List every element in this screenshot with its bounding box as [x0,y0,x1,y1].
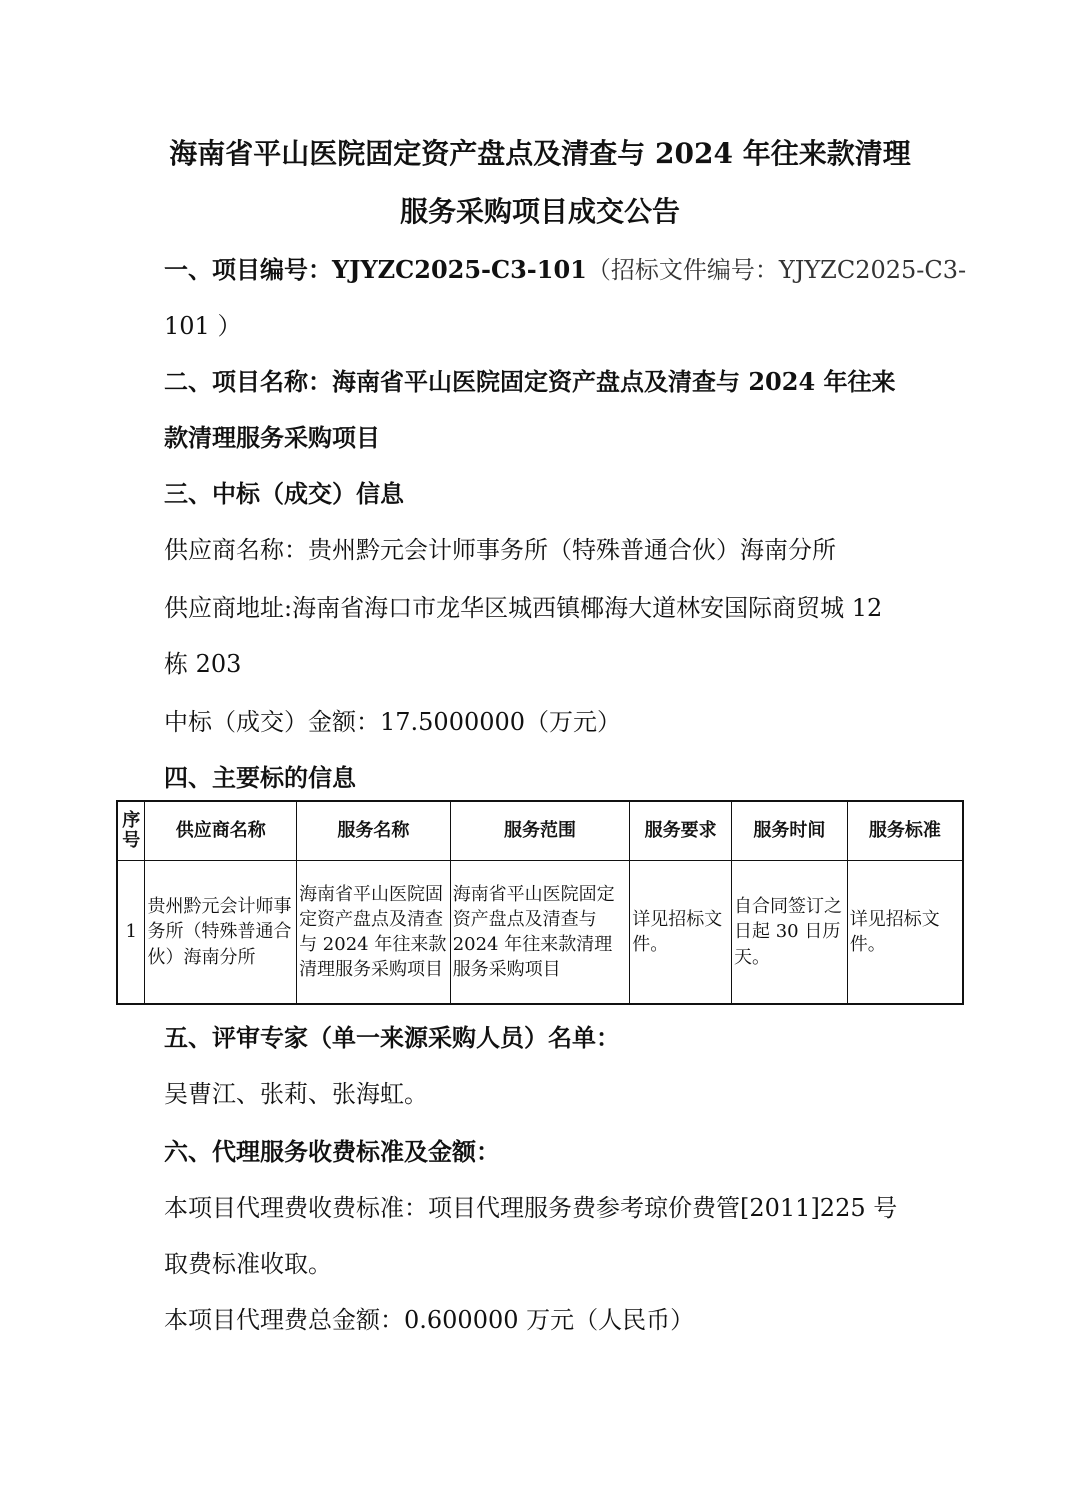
header-index: 序号 [117,801,145,861]
tender-doc-number-cont: 101 ） [164,306,241,341]
project-name-heading-2: 款清理服务采购项目 [164,418,380,453]
header-service-time: 服务时间 [732,801,848,861]
cell-service-scope: 海南省平山医院固定资产盘点及清查与 2024 年往来款清理服务采购项目 [450,861,630,1005]
project-name-heading-1: 二、项目名称：海南省平山医院固定资产盘点及清查与 2024 年往来 [164,362,896,397]
title-line-1: 海南省平山医院固定资产盘点及清查与 2024 年往来款清理 [110,132,970,172]
title-line-2: 服务采购项目成交公告 [110,190,970,230]
header-service-name: 服务名称 [297,801,451,861]
agency-fee-standard-2: 取费标准收取。 [164,1244,332,1279]
table-header-row: 序号 供应商名称 服务名称 服务范围 服务要求 服务时间 服务标准 [117,801,963,861]
header-service-standard: 服务标准 [847,801,963,861]
subject-info-heading: 四、主要标的信息 [164,758,356,793]
agency-fee-standard-1: 本项目代理费收费标准：项目代理服务费参考琼价费管[2011]225 号 [164,1188,897,1223]
cell-supplier: 贵州黔元会计师事务所（特殊普通合伙）海南分所 [145,861,297,1005]
award-amount: 中标（成交）金额：17.5000000（万元） [164,702,621,737]
supplier-name: 供应商名称：贵州黔元会计师事务所（特殊普通合伙）海南分所 [164,530,836,565]
header-service-scope: 服务范围 [450,801,630,861]
tender-doc-number: （招标文件编号：YJYZC2025-C3- [587,256,966,284]
agency-fee-heading: 六、代理服务收费标准及金额： [164,1132,500,1167]
project-number-line: 一、项目编号：YJYZC2025-C3-101（招标文件编号：YJYZC2025… [164,250,966,285]
subject-info-table: 序号 供应商名称 服务名称 服务范围 服务要求 服务时间 服务标准 1 贵州黔元… [116,800,964,1005]
agency-fee-total: 本项目代理费总金额：0.600000 万元（人民币） [164,1300,694,1335]
experts-heading: 五、评审专家（单一来源采购人员）名单： [164,1018,620,1053]
cell-service-time: 自合同签订之日起 30 日历天。 [732,861,848,1005]
cell-index: 1 [117,861,145,1005]
header-supplier: 供应商名称 [145,801,297,861]
cell-service-name: 海南省平山医院固定资产盘点及清查与 2024 年往来款清理服务采购项目 [297,861,451,1005]
announcement-page: 海南省平山医院固定资产盘点及清查与 2024 年往来款清理 服务采购项目成交公告… [0,0,1080,1512]
award-info-heading: 三、中标（成交）信息 [164,474,404,509]
header-service-requirement: 服务要求 [630,801,732,861]
project-number-heading: 一、项目编号：YJYZC2025-C3-101 [164,255,587,284]
table-row: 1 贵州黔元会计师事务所（特殊普通合伙）海南分所 海南省平山医院固定资产盘点及清… [117,861,963,1005]
supplier-address-2: 栋 203 [164,644,241,679]
cell-service-standard: 详见招标文件。 [847,861,963,1005]
cell-service-requirement: 详见招标文件。 [630,861,732,1005]
supplier-address-1: 供应商地址:海南省海口市龙华区城西镇椰海大道林安国际商贸城 12 [164,588,882,623]
experts-names: 吴曹江、张莉、张海虹。 [164,1074,428,1109]
